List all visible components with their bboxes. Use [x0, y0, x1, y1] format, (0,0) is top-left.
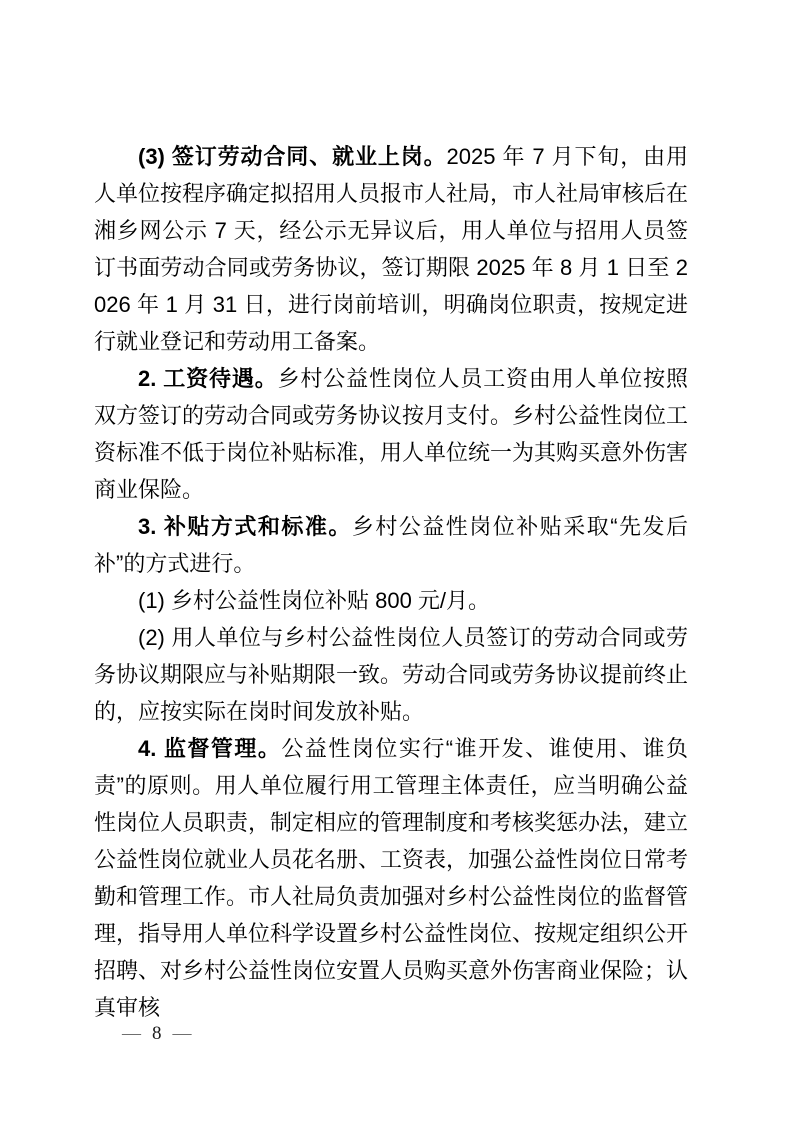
paragraph-lead: 2. 工资待遇。	[138, 366, 278, 391]
paragraph-sign-contract: (3) 签订劳动合同、就业上岗。2025 年 7 月下旬，由用人单位按程序确定拟…	[94, 138, 688, 360]
page-number-value: 8	[141, 1023, 173, 1044]
document-page: (3) 签订劳动合同、就业上岗。2025 年 7 月下旬，由用人单位按程序确定拟…	[0, 0, 794, 1122]
paragraph-text: 2025 年 7 月下旬，由用人单位按程序确定拟招用人员报市人社局，市人社局审核…	[94, 144, 688, 354]
paragraph-subsidy-method: 3. 补贴方式和标准。乡村公益性岗位补贴采取“先发后补”的方式进行。	[94, 508, 688, 582]
paragraph-wage-treatment: 2. 工资待遇。乡村公益性岗位人员工资由用人单位按照双方签订的劳动合同或劳务协议…	[94, 360, 688, 508]
page-number: —8—	[122, 1022, 192, 1046]
document-body: (3) 签订劳动合同、就业上岗。2025 年 7 月下旬，由用人单位按程序确定拟…	[94, 138, 688, 1026]
paragraph-text: (1) 乡村公益性岗位补贴 800 元/月。	[138, 588, 490, 613]
paragraph-subsidy-amount: (1) 乡村公益性岗位补贴 800 元/月。	[94, 582, 688, 619]
paragraph-lead: 4. 监督管理。	[138, 736, 281, 761]
page-number-dash-left: —	[122, 1023, 141, 1044]
paragraph-text: 公益性岗位实行“谁开发、谁使用、谁负责”的原则。用人单位履行用工管理主体责任，应…	[94, 736, 688, 1020]
paragraph-text: (2) 用人单位与乡村公益性岗位人员签订的劳动合同或劳务协议期限应与补贴期限一致…	[94, 625, 688, 724]
page-number-dash-right: —	[173, 1023, 192, 1044]
paragraph-lead: 3. 补贴方式和标准。	[138, 514, 352, 539]
paragraph-subsidy-term: (2) 用人单位与乡村公益性岗位人员签订的劳动合同或劳务协议期限应与补贴期限一致…	[94, 619, 688, 730]
paragraph-supervision: 4. 监督管理。公益性岗位实行“谁开发、谁使用、谁负责”的原则。用人单位履行用工…	[94, 730, 688, 1026]
paragraph-lead: (3) 签订劳动合同、就业上岗。	[138, 144, 447, 169]
